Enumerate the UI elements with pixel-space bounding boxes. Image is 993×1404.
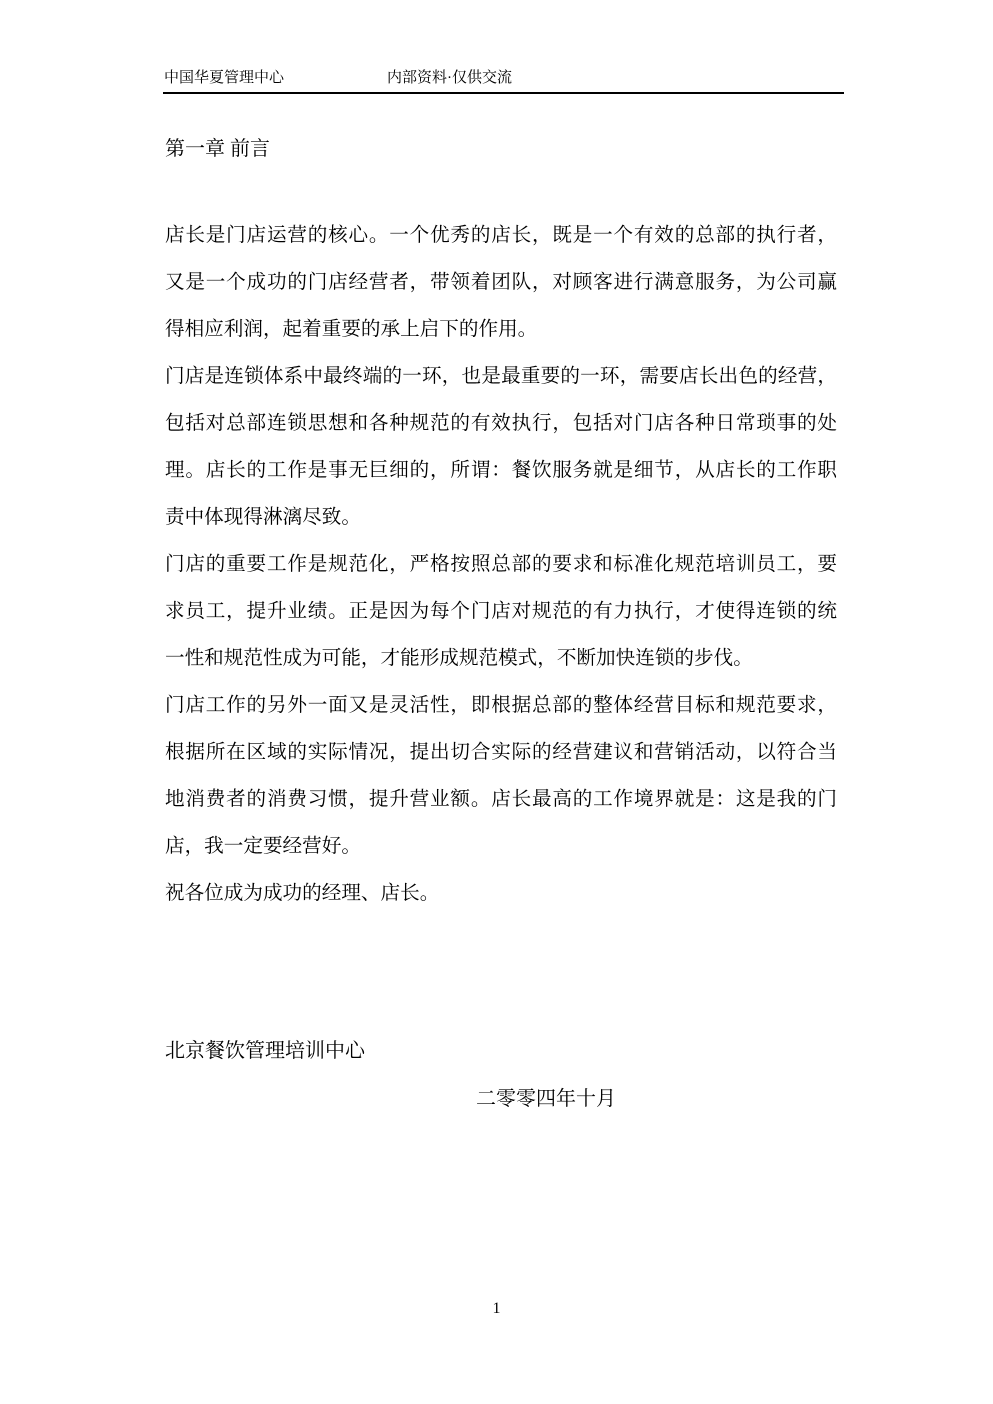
paragraph-1: 店长是门店运营的核心。一个优秀的店长，既是一个有效的总部的执行者，又是一个成功的… [165, 212, 837, 353]
paragraph-5: 祝各位成为成功的经理、店长。 [165, 870, 837, 917]
text-line: 根据所在区域的实际情况，提出切合实际的经营建议和营销活动，以符合当 [165, 729, 837, 776]
paragraph-2: 门店是连锁体系中最终端的一环，也是最重要的一环，需要店长出色的经营，包括对总部连… [165, 353, 837, 541]
page-header: 中国华夏管理中心 内部资料·仅供交流 [163, 64, 844, 94]
text-line: 理。店长的工作是事无巨细的，所谓：餐饮服务就是细节，从店长的工作职 [165, 447, 837, 494]
text-line: 得相应利润，起着重要的承上启下的作用。 [165, 306, 837, 353]
paragraph-3: 门店的重要工作是规范化，严格按照总部的要求和标准化规范培训员工，要求员工，提升业… [165, 541, 837, 682]
text-line: 又是一个成功的门店经营者，带领着团队，对顾客进行满意服务，为公司赢 [165, 259, 837, 306]
text-line: 求员工，提升业绩。正是因为每个门店对规范的有力执行，才使得连锁的统 [165, 588, 837, 635]
document-page: 中国华夏管理中心 内部资料·仅供交流 第一章 前言 店长是门店运营的核心。一个优… [0, 0, 993, 1404]
header-left-text: 中国华夏管理中心 [164, 66, 284, 87]
text-line: 店长是门店运营的核心。一个优秀的店长，既是一个有效的总部的执行者， [165, 212, 837, 259]
text-line: 责中体现得淋漓尽致。 [165, 494, 837, 541]
text-line: 祝各位成为成功的经理、店长。 [165, 870, 837, 917]
chapter-title: 第一章 前言 [165, 132, 270, 161]
signature-line: 北京餐饮管理培训中心 [165, 1034, 365, 1063]
text-line: 包括对总部连锁思想和各种规范的有效执行，包括对门店各种日常琐事的处 [165, 400, 837, 447]
header-right-text: 内部资料·仅供交流 [387, 66, 512, 87]
paragraph-4: 门店工作的另外一面又是灵活性，即根据总部的整体经营目标和规范要求，根据所在区域的… [165, 682, 837, 870]
text-line: 门店工作的另外一面又是灵活性，即根据总部的整体经营目标和规范要求， [165, 682, 837, 729]
page-number: 1 [0, 1300, 993, 1318]
text-line: 门店是连锁体系中最终端的一环，也是最重要的一环，需要店长出色的经营， [165, 353, 837, 400]
document-body: 店长是门店运营的核心。一个优秀的店长，既是一个有效的总部的执行者，又是一个成功的… [165, 212, 837, 917]
text-line: 店，我一定要经营好。 [165, 823, 837, 870]
date-line: 二零零四年十月 [476, 1082, 616, 1111]
text-line: 地消费者的消费习惯，提升营业额。店长最高的工作境界就是：这是我的门 [165, 776, 837, 823]
text-line: 门店的重要工作是规范化，严格按照总部的要求和标准化规范培训员工，要 [165, 541, 837, 588]
text-line: 一性和规范性成为可能，才能形成规范模式，不断加快连锁的步伐。 [165, 635, 837, 682]
